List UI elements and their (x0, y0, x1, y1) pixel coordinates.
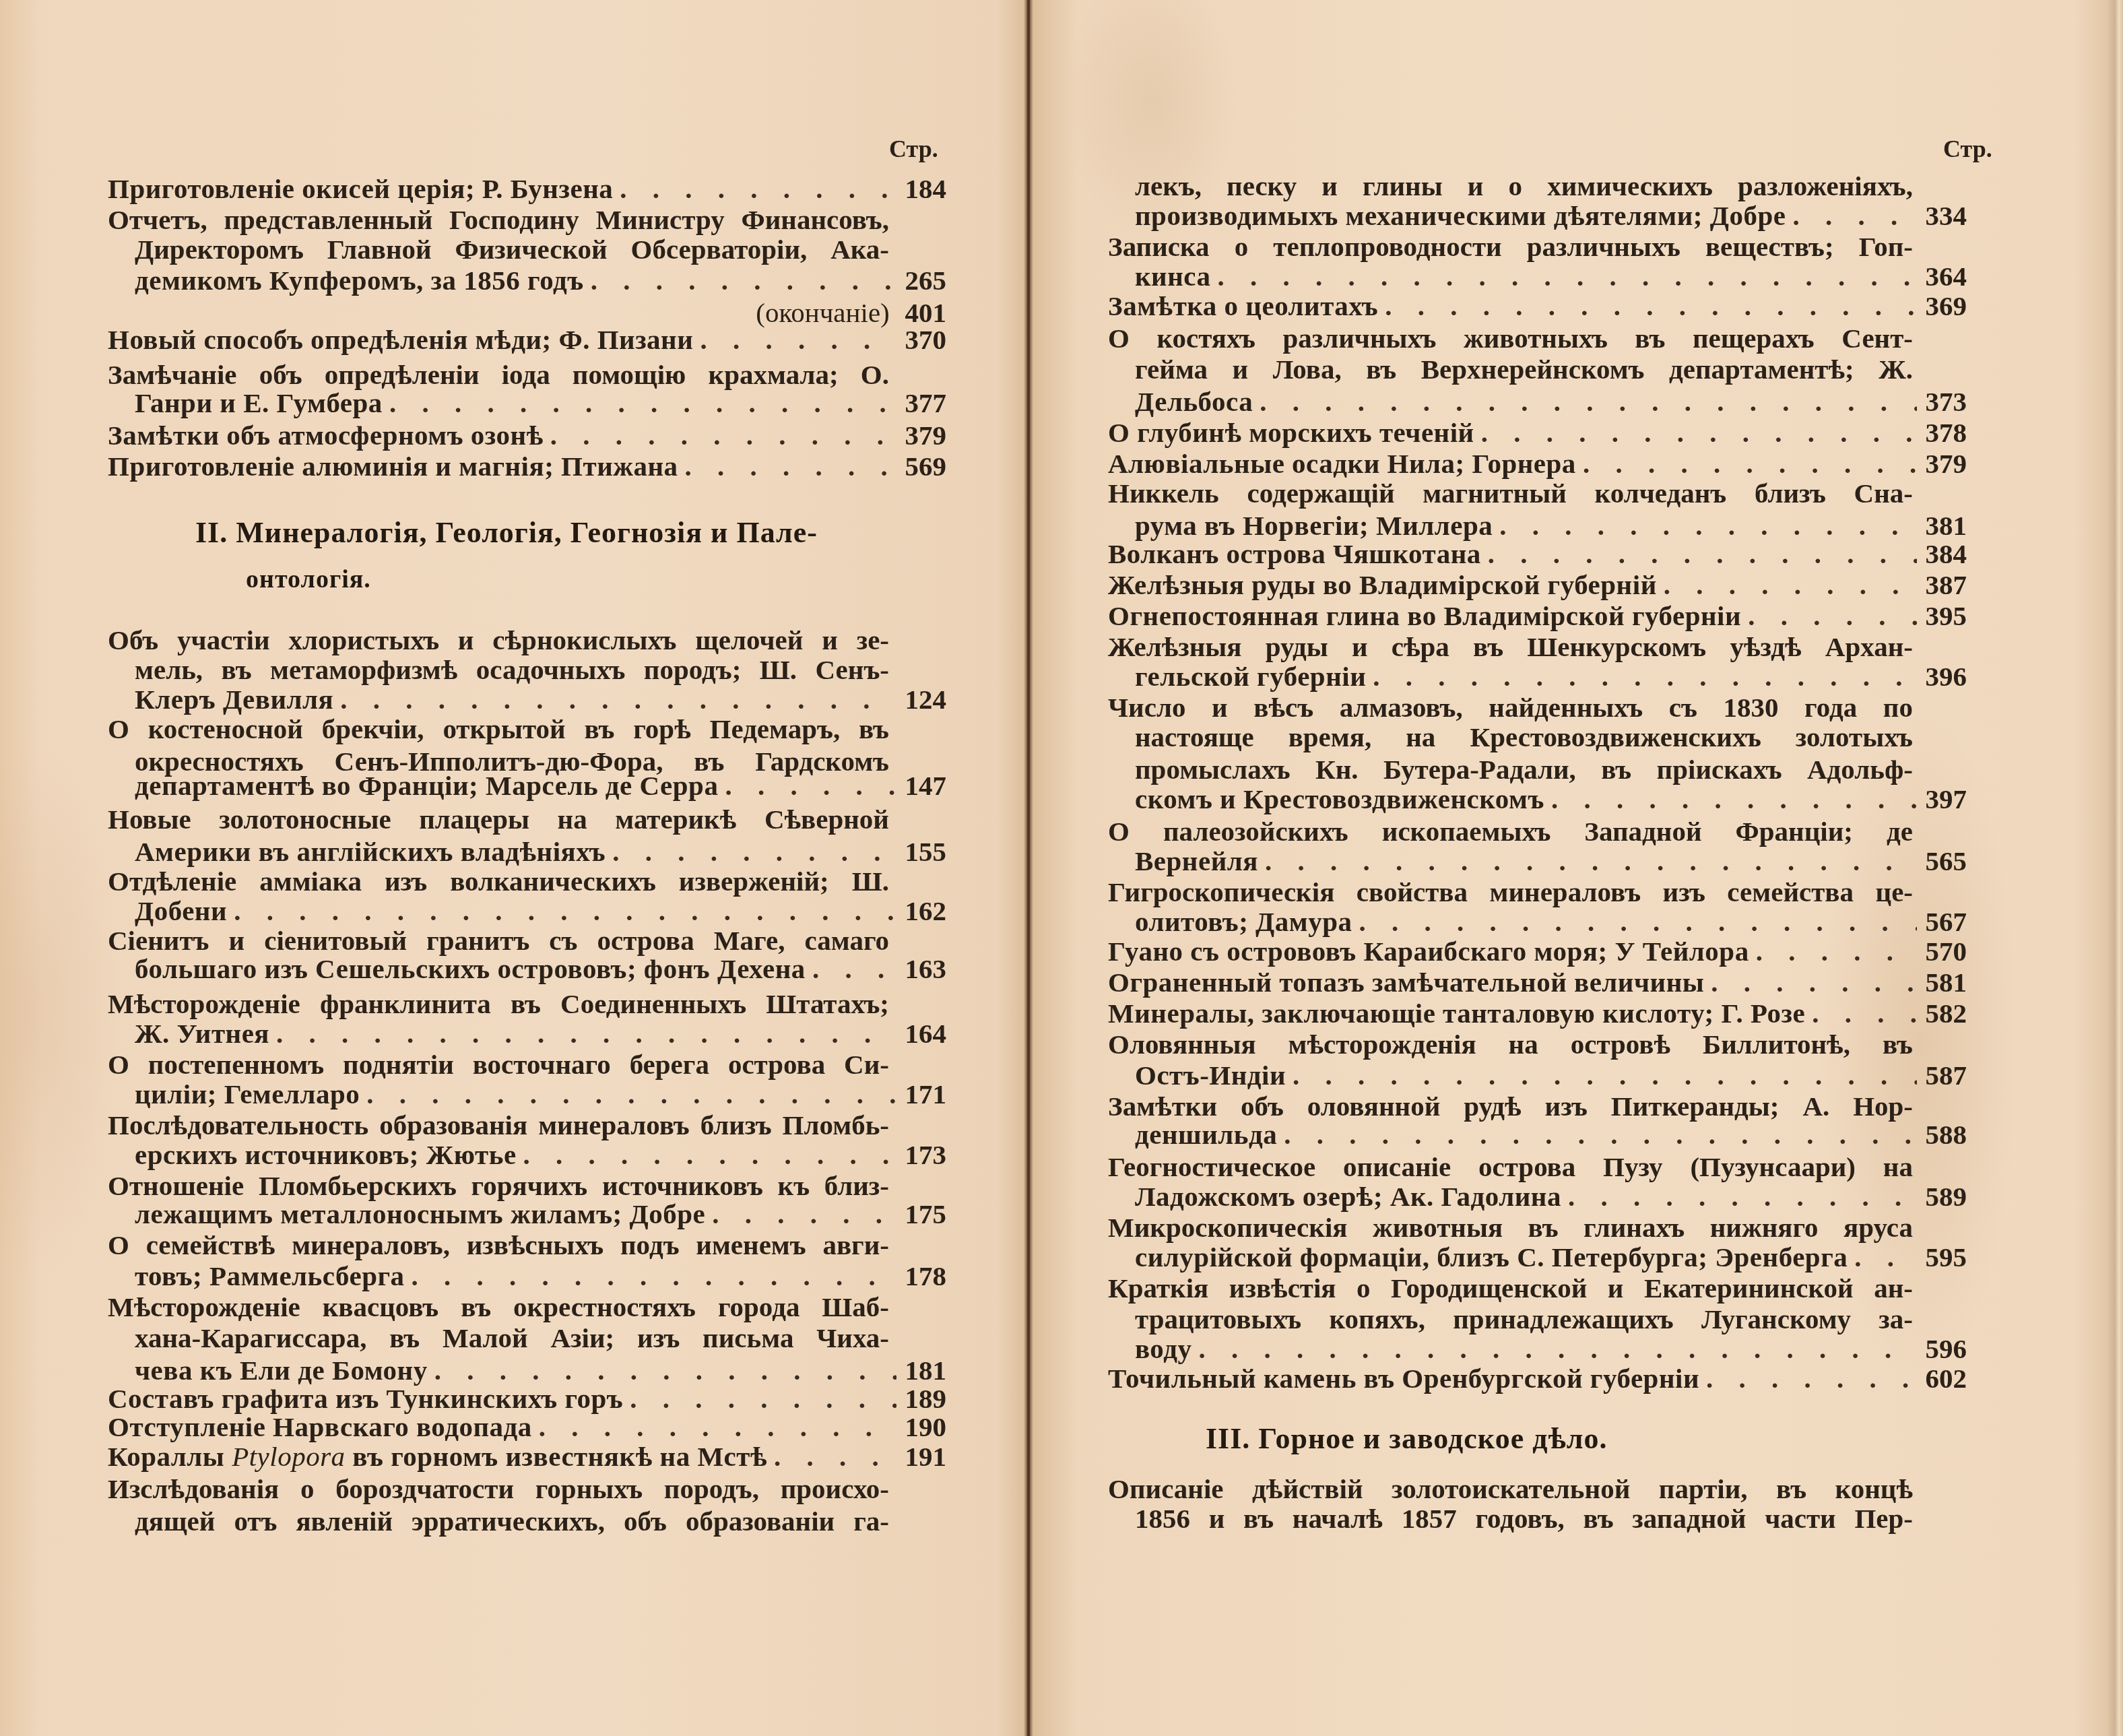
toc-line: Сіенитъ и сіенитовый гранитъ съ острова … (108, 924, 889, 957)
toc-line: дящей отъ явленій эрратическихъ, объ обр… (135, 1505, 889, 1537)
toc-line: трацитовыхъ копяхъ, принадлежащихъ Луган… (1135, 1303, 1913, 1335)
toc-line: Директоромъ Главной Физической Обсервато… (135, 233, 889, 265)
toc-entry-text: большаго изъ Сешельскихъ острововъ; фонъ… (135, 953, 806, 985)
toc-line: Кораллы Ptylopora въ горномъ известнякѣ … (108, 1440, 946, 1473)
page-number: 147 (896, 769, 946, 802)
page-number: 364 (1917, 260, 1967, 292)
toc-line: гейма и Лова, въ Верхнерейнскомъ департа… (1135, 353, 1913, 385)
page-number: 396 (1917, 660, 1967, 693)
toc-entry-text: товъ; Раммельсберга (135, 1260, 405, 1292)
toc-line: Мѣсторожденіе франклинита въ Соединенных… (108, 988, 889, 1020)
page-number: 582 (1917, 997, 1967, 1029)
toc-entry-text: Точильный камень въ Оренбургской губерні… (1108, 1362, 1699, 1394)
toc-line: Гигроскопическія свойства минераловъ изъ… (1108, 876, 1913, 908)
toc-entry-text: рума въ Норвегіи; Миллера (1135, 509, 1493, 542)
toc-line: Краткія извѣстія о Городищенской и Екате… (1108, 1272, 1913, 1304)
section-heading: III. Горное и заводское дѣло. (1206, 1421, 1608, 1456)
toc-entry-text: Гигроскопическія свойства минераловъ изъ… (1108, 876, 1913, 908)
toc-entry-text: Кораллы Ptylopora въ горномъ известнякѣ … (108, 1440, 767, 1473)
toc-entry-text: Описаніе дѣйствій золотоискательной парт… (1108, 1473, 1913, 1505)
page-number: 384 (1917, 538, 1967, 570)
toc-entry-text: Отчетъ, представленный Господину Министр… (108, 203, 889, 236)
toc-entry-text: Вернейля (1135, 845, 1258, 877)
toc-line: Новые золотоносные плацеры на материкѣ С… (108, 803, 889, 835)
toc-entry-text: Замѣтка о цеолитахъ (1108, 290, 1378, 322)
toc-entry-text: Америки въ англійскихъ владѣніяхъ (135, 835, 606, 868)
toc-entry-text: хана-Карагиссара, въ Малой Азіи; изъ пис… (135, 1322, 889, 1354)
page-number: 173 (896, 1138, 946, 1171)
dot-leader: . . . . . . . . . . . . . . . . . . . . … (360, 1078, 896, 1110)
toc-entry-text: воду (1135, 1332, 1191, 1365)
toc-line: департаментѣ во Франціи; Марсель де Серр… (135, 769, 946, 802)
toc-line: Никкель содержащій магнитный колчеданъ б… (1108, 477, 1913, 509)
toc-line: 1856 и въ началѣ 1857 годовъ, въ западно… (1135, 1502, 1913, 1535)
dot-leader: . . . . . . . . . . . . . . . . . . . . … (517, 1138, 896, 1171)
page-number: 567 (1917, 905, 1967, 938)
toc-line: Записка о теплопроводности различныхъ ве… (1108, 230, 1913, 263)
dot-leader: . . . . . . . . . . . . . . . . . . . . … (1576, 447, 1917, 480)
toc-line: производимыхъ механическими дѣятелями; Д… (1135, 199, 1967, 232)
page-number: 171 (896, 1078, 946, 1110)
dot-leader: . . . . . . . . . . . . . . . . . . . . … (1277, 1118, 1917, 1151)
book-gutter (1027, 0, 1030, 1736)
page-number: 588 (1917, 1118, 1967, 1151)
toc-entry-text: Замѣтки объ оловянной рудѣ изъ Питкеранд… (1108, 1090, 1913, 1122)
page-number: 378 (1917, 416, 1967, 449)
page-number: 377 (896, 387, 946, 419)
toc-entry-text: Изслѣдованія о бороздчатости горныхъ пор… (108, 1473, 889, 1505)
toc-line: Ограненный топазъ замѣчательной величины… (1108, 966, 1967, 998)
toc-line: лежащимъ металлоноснымъ жиламъ; Добре . … (135, 1198, 946, 1230)
toc-line: О палеозойскихъ ископаемыхъ Западной Фра… (1108, 815, 1913, 847)
dot-leader: . . . . . . . . . . . . . . . . . . . . … (1749, 935, 1917, 967)
toc-line: Описаніе дѣйствій золотоискательной парт… (1108, 1473, 1913, 1505)
toc-entry-text: Микроскопическія животныя въ глинахъ ниж… (1108, 1211, 1913, 1244)
page-number: 596 (1917, 1332, 1967, 1365)
toc-entry-text: кинса (1135, 260, 1211, 292)
toc-line: Отступленіе Нарвскаго водопада . . . . .… (108, 1411, 946, 1443)
toc-entry-text: деншильда (1135, 1118, 1277, 1151)
toc-line: Америки въ англійскихъ владѣніяхъ . . . … (135, 835, 946, 868)
toc-entry-text: Записка о теплопроводности различныхъ ве… (1108, 230, 1913, 263)
section-heading-continued: онтологія. (246, 565, 371, 594)
page-number: 191 (896, 1440, 946, 1473)
dot-leader: . . . . . . . . . . . . . . . . . . . . … (428, 1354, 896, 1386)
toc-entry-text: Алювіальные осадки Нила; Горнера (1108, 447, 1576, 480)
toc-entry-text: Директоромъ Главной Физической Обсервато… (135, 233, 889, 265)
toc-entry-text: Сіенитъ и сіенитовый гранитъ съ острова … (108, 924, 889, 957)
page-number: 589 (1917, 1180, 1967, 1213)
toc-line: Огнепостоянная глина во Владимірской губ… (1108, 600, 1967, 632)
dot-leader: . . . . . . . . . . . . . . . . . . . . … (1741, 600, 1917, 632)
toc-line: Вернейля . . . . . . . . . . . . . . . .… (1135, 845, 1967, 877)
dot-leader: . . . . . . . . . . . . . . . . . . . . … (1352, 905, 1917, 938)
page-number: 124 (896, 683, 946, 715)
toc-entry-text: Число и вѣсъ алмазовъ, найденныхъ съ 183… (1108, 691, 1913, 724)
left-page: Стр. Приготовленіе окисей церія; Р. Бунз… (0, 0, 1024, 1736)
toc-entry-text: лекъ, песку и глины и о химическихъ разл… (1135, 170, 1913, 202)
toc-line: силурійской формаціи, близъ С. Петербург… (1135, 1241, 1967, 1273)
dot-leader: . . . . . . . . . . . . . . . . . . . . … (623, 1382, 896, 1415)
toc-line: Гуано съ острововъ Караибскаго моря; У Т… (1108, 935, 1967, 967)
toc-line: воду . . . . . . . . . . . . . . . . . .… (1135, 1332, 1967, 1365)
toc-line: О костяхъ различныхъ животныхъ въ пещера… (1108, 322, 1913, 354)
page-number: 581 (1917, 966, 1967, 998)
page-number: 369 (1917, 290, 1967, 322)
dot-leader: . . . . . . . . . . . . . . . . . . . . … (1493, 509, 1917, 542)
dot-leader: . . . . . . . . . . . . . . . . . . . . … (1286, 1059, 1917, 1091)
dot-leader: . . . . . . . . . . . . . . . . . . . . … (1253, 385, 1917, 418)
latin-genus-name: Ptylopora (232, 1441, 345, 1472)
toc-entry-text: Ж. Уитнея (135, 1017, 269, 1050)
dot-leader: . . . . . . . . . . . . . . . . . . . . … (1481, 538, 1917, 570)
page-number: 178 (896, 1260, 946, 1292)
toc-entry-text: Мѣсторожденіе франклинита въ Соединенных… (108, 988, 889, 1020)
dot-leader: . . . . . . . . . . . . . . . . . . . . … (1258, 845, 1917, 877)
dot-leader: . . . . . . . . . . . . . . . . . . . . … (693, 323, 896, 356)
toc-entry-text: Краткія извѣстія о Городищенской и Екате… (1108, 1272, 1913, 1304)
toc-entry-text: промыслахъ Кн. Бутера-Радали, въ пріиска… (1135, 753, 1913, 785)
toc-entry-text: О костеносной брекчіи, открытой въ горѣ … (108, 713, 889, 745)
toc-line: О костеносной брекчіи, открытой въ горѣ … (108, 713, 889, 745)
page-number: 155 (896, 835, 946, 868)
dot-leader: . . . . . . . . . . . . . . . . . . . . … (705, 1198, 896, 1230)
toc-entry-text: олитовъ; Дамура (1135, 905, 1352, 938)
dot-leader: . . . . . . . . . . . . . . . . . . . . … (1805, 997, 1917, 1029)
toc-entry-text: производимыхъ механическими дѣятелями; Д… (1135, 199, 1786, 232)
toc-entry-text: Минералы, заключающіе танталовую кислоту… (1108, 997, 1805, 1029)
toc-line: Микроскопическія животныя въ глинахъ ниж… (1108, 1211, 1913, 1244)
dot-leader: . . . . . . . . . . . . . . . . . . . . … (584, 264, 896, 296)
toc-entry-text: Ганри и Е. Гумбера (135, 387, 383, 419)
toc-entry-text: Приготовленіе алюминія и магнія; Птижана (108, 450, 678, 482)
toc-line: О семействѣ минераловъ, извѣсныхъ подъ и… (108, 1229, 889, 1261)
toc-line: Число и вѣсъ алмазовъ, найденныхъ съ 183… (1108, 691, 1913, 724)
dot-leader: . . . . . . . . . . . . . . . . . . . . … (1657, 569, 1917, 601)
toc-entry-text: Никкель содержащій магнитный колчеданъ б… (1108, 477, 1913, 509)
toc-line: товъ; Раммельсберга . . . . . . . . . . … (135, 1260, 946, 1292)
toc-entry-text: О семействѣ минераловъ, извѣсныхъ подъ и… (108, 1229, 889, 1261)
dot-leader: . . . . . . . . . . . . . . . . . . . . … (1366, 660, 1917, 693)
toc-line: Новый способъ опредѣленія мѣди; Ф. Пизан… (108, 323, 946, 356)
toc-entry-text: Новые золотоносные плацеры на материкѣ С… (108, 803, 889, 835)
toc-entry-text: циліи; Гемелларо (135, 1078, 360, 1110)
toc-entry-text: Объ участіи хлористыхъ и сѣрнокислыхъ ще… (108, 624, 889, 656)
toc-line: мель, въ метаморфизмѣ осадочныхъ породъ;… (135, 653, 889, 686)
toc-entry-text: Желѣзныя руды во Владимірской губерній (1108, 569, 1657, 601)
page-number: 379 (1917, 447, 1967, 480)
toc-entry-text: Новый способъ опредѣленія мѣди; Ф. Пизан… (108, 323, 693, 356)
page-number: 265 (896, 264, 946, 296)
toc-line: Минералы, заключающіе танталовую кислоту… (1108, 997, 1967, 1029)
toc-line: Желѣзныя руды и сѣра въ Шенкурскомъ уѣзд… (1108, 631, 1913, 663)
page-number: 164 (896, 1017, 946, 1050)
page-column-label: Стр. (889, 135, 938, 163)
toc-entry-text: Послѣдовательность образованія минералов… (108, 1109, 889, 1141)
toc-line: хана-Карагиссара, въ Малой Азіи; изъ пис… (135, 1322, 889, 1354)
toc-line: ерскихъ источниковъ; Жютье . . . . . . .… (135, 1138, 946, 1171)
toc-entry-text: дящей отъ явленій эрратическихъ, объ обр… (135, 1505, 889, 1537)
page-number: 565 (1917, 845, 1967, 877)
page-number: 163 (896, 953, 946, 985)
toc-line: большаго изъ Сешельскихъ острововъ; фонъ… (135, 953, 946, 985)
page-number: 395 (1917, 600, 1967, 632)
toc-line: промыслахъ Кн. Бутера-Радали, въ пріиска… (1135, 753, 1913, 785)
toc-line: Желѣзныя руды во Владимірской губерній .… (1108, 569, 1967, 601)
toc-entry-text: Геогностическое описаніе острова Пузу (П… (1108, 1151, 1913, 1183)
toc-line: Объ участіи хлористыхъ и сѣрнокислыхъ ще… (108, 624, 889, 656)
dot-leader: . . . . . . . . . . . . . . . . . . . . … (806, 953, 896, 985)
page-number: 569 (896, 450, 946, 482)
dot-leader: . . . . . . . . . . . . . . . . . . . . … (1561, 1180, 1917, 1213)
toc-line: Изслѣдованія о бороздчатости горныхъ пор… (108, 1473, 889, 1505)
dot-leader: . . . . . . . . . . . . . . . . . . . . … (269, 1017, 896, 1050)
page-number: 570 (1917, 935, 1967, 967)
toc-entry-text: мель, въ метаморфизмѣ осадочныхъ породъ;… (135, 653, 889, 686)
toc-line: рума въ Норвегіи; Миллера . . . . . . . … (1135, 509, 1967, 542)
toc-line: настояще время, на Крестовоздвиженскихъ … (1135, 721, 1913, 753)
dot-leader: . . . . . . . . . . . . . . . . . . . . … (606, 835, 896, 868)
toc-line: Волканъ острова Чяшкотана . . . . . . . … (1108, 538, 1967, 570)
toc-line: Ладожскомъ озерѣ; Ак. Гадолина . . . . .… (1135, 1180, 1967, 1213)
toc-entry-text: Гуано съ острововъ Караибскаго моря; У Т… (1108, 935, 1749, 967)
toc-line: Оловянныя мѣсторожденія на островѣ Билли… (1108, 1028, 1913, 1060)
toc-entry-text: ерскихъ источниковъ; Жютье (135, 1138, 517, 1171)
toc-entry-text: Отдѣленіе аммiака изъ волканическихъ изв… (108, 865, 889, 897)
toc-line: Приготовленіе окисей церія; Р. Бунзена .… (108, 172, 946, 205)
toc-entry-text: трацитовыхъ копяхъ, принадлежащихъ Луган… (1135, 1303, 1913, 1335)
toc-entry-text: гельской губерніи (1135, 660, 1366, 693)
toc-line: гельской губерніи . . . . . . . . . . . … (1135, 660, 1967, 693)
page-number: 175 (896, 1198, 946, 1230)
dot-leader: . . . . . . . . . . . . . . . . . . . . … (1848, 1241, 1917, 1273)
toc-entry-text: Мѣсторожденіе квасцовъ въ окрестностяхъ … (108, 1291, 889, 1323)
toc-line: Клеръ Девилля . . . . . . . . . . . . . … (135, 683, 946, 715)
toc-line: Точильный камень въ Оренбургской губерні… (1108, 1362, 1967, 1394)
dot-leader: . . . . . . . . . . . . . . . . . . . . … (383, 387, 896, 419)
toc-line: Составъ графита изъ Тункинскихъ горъ . .… (108, 1382, 946, 1415)
page-number: 189 (896, 1382, 946, 1415)
toc-entry-text: Оловянныя мѣсторожденія на островѣ Билли… (1108, 1028, 1913, 1060)
page-column-label: Стр. (1943, 135, 1992, 163)
page-number: 397 (1917, 783, 1967, 815)
toc-line: циліи; Гемелларо . . . . . . . . . . . .… (135, 1078, 946, 1110)
toc-entry-text: 1856 и въ началѣ 1857 годовъ, въ западно… (1135, 1502, 1913, 1535)
page-number: 190 (896, 1411, 946, 1443)
page-number: 387 (1917, 569, 1967, 601)
toc-line: Замѣтки объ атмосферномъ озонѣ . . . . .… (108, 419, 946, 451)
dot-leader: . . . . . . . . . . . . . . . . . . . . … (1704, 966, 1917, 998)
toc-entry-text: Добени (135, 895, 227, 927)
page-number: 381 (1917, 509, 1967, 542)
toc-entry-text: скомъ и Крестовоздвиженскомъ (1135, 783, 1544, 815)
dot-leader: . . . . . . . . . . . . . . . . . . . . … (1544, 783, 1917, 815)
toc-line: Мѣсторожденіе квасцовъ въ окрестностяхъ … (108, 1291, 889, 1323)
page-number: 602 (1917, 1362, 1967, 1394)
toc-entry-text: О костяхъ различныхъ животныхъ въ пещера… (1108, 322, 1913, 354)
toc-line: Геогностическое описаніе острова Пузу (П… (1108, 1151, 1913, 1183)
page-number: 595 (1917, 1241, 1967, 1273)
dot-leader: . . . . . . . . . . . . . . . . . . . . … (718, 769, 896, 802)
toc-entry-text: настояще время, на Крестовоздвиженскихъ … (1135, 721, 1913, 753)
right-page: Стр. лекъ, песку и глины и о химическихъ… (1031, 0, 2123, 1736)
dot-leader: . . . . . . . . . . . . . . . . . . . . … (678, 450, 896, 482)
toc-entry-text: Желѣзныя руды и сѣра въ Шенкурскомъ уѣзд… (1108, 631, 1913, 663)
toc-line: демикомъ Купферомъ, за 1856 годъ . . . .… (135, 264, 946, 296)
dot-leader: . . . . . . . . . . . . . . . . . . . . … (1191, 1332, 1917, 1365)
page-number: 162 (896, 895, 946, 927)
toc-line: Ж. Уитнея . . . . . . . . . . . . . . . … (135, 1017, 946, 1050)
page-number: 184 (896, 172, 946, 205)
toc-entry-text: О глубинѣ морскихъ теченій (1108, 416, 1474, 449)
toc-entry-text: лежащимъ металлоноснымъ жиламъ; Добре (135, 1198, 705, 1230)
toc-entry-text: Отступленіе Нарвскаго водопада (108, 1411, 532, 1443)
toc-entry-text: силурійской формаціи, близъ С. Петербург… (1135, 1241, 1848, 1273)
toc-line: Отчетъ, представленный Господину Министр… (108, 203, 889, 236)
toc-entry-text: Ограненный топазъ замѣчательной величины (1108, 966, 1704, 998)
page-number: 181 (896, 1354, 946, 1386)
toc-line: лекъ, песку и глины и о химическихъ разл… (1135, 170, 1913, 202)
toc-entry-text: Составъ графита изъ Тункинскихъ горъ (108, 1382, 623, 1415)
toc-line: Ганри и Е. Гумбера . . . . . . . . . . .… (135, 387, 946, 419)
toc-line: Приготовленіе алюминія и магнія; Птижана… (108, 450, 946, 482)
toc-line: деншильда . . . . . . . . . . . . . . . … (1135, 1118, 1967, 1151)
dot-leader: . . . . . . . . . . . . . . . . . . . . … (767, 1440, 896, 1473)
dot-leader: . . . . . . . . . . . . . . . . . . . . … (1699, 1362, 1917, 1394)
toc-entry-text: Клеръ Девилля (135, 683, 333, 715)
toc-line: О глубинѣ морскихъ теченій . . . . . . .… (1108, 416, 1967, 449)
toc-entry-text: О палеозойскихъ ископаемыхъ Западной Фра… (1108, 815, 1913, 847)
toc-entry-text: гейма и Лова, въ Верхнерейнскомъ департа… (1135, 353, 1913, 385)
toc-entry-text: Волканъ острова Чяшкотана (1108, 538, 1481, 570)
page-number: 587 (1917, 1059, 1967, 1091)
toc-line: Алювіальные осадки Нила; Горнера . . . .… (1108, 447, 1967, 480)
toc-entry-text: чева къ Ели де Бомону (135, 1354, 428, 1386)
page-number: 370 (896, 323, 946, 356)
toc-line: Замѣчаніе объ опредѣленіи іода помощію к… (108, 358, 889, 391)
toc-line: Замѣтки объ оловянной рудѣ изъ Питкеранд… (1108, 1090, 1913, 1122)
toc-line: Дельбоса . . . . . . . . . . . . . . . .… (1135, 385, 1967, 418)
toc-entry-text: Замѣчаніе объ опредѣленіи іода помощію к… (108, 358, 889, 391)
toc-entry-text: Отношеніе Пломбьерскихъ горячихъ источни… (108, 1169, 889, 1202)
toc-line: Отдѣленіе аммiака изъ волканическихъ изв… (108, 865, 889, 897)
dot-leader: . . . . . . . . . . . . . . . . . . . . … (333, 683, 896, 715)
toc-line: Добени . . . . . . . . . . . . . . . . .… (135, 895, 946, 927)
dot-leader: . . . . . . . . . . . . . . . . . . . . … (1786, 199, 1917, 232)
page-number: 379 (896, 419, 946, 451)
toc-line: скомъ и Крестовоздвиженскомъ . . . . . .… (1135, 783, 1967, 815)
dot-leader: . . . . . . . . . . . . . . . . . . . . … (532, 1411, 896, 1443)
toc-entry-text: Огнепостоянная глина во Владимірской губ… (1108, 600, 1741, 632)
page-number: 373 (1917, 385, 1967, 418)
dot-leader: . . . . . . . . . . . . . . . . . . . . … (227, 895, 896, 927)
toc-line: кинса . . . . . . . . . . . . . . . . . … (1135, 260, 1967, 292)
page-number: 334 (1917, 199, 1967, 232)
toc-line: Послѣдовательность образованія минералов… (108, 1109, 889, 1141)
section-heading: II. Минералогія, Геологія, Геогнозія и П… (195, 515, 818, 550)
dot-leader: . . . . . . . . . . . . . . . . . . . . … (544, 419, 896, 451)
toc-line: Остъ-Индіи . . . . . . . . . . . . . . .… (1135, 1059, 1967, 1091)
toc-entry-text: Ладожскомъ озерѣ; Ак. Гадолина (1135, 1180, 1561, 1213)
toc-entry-text: Дельбоса (1135, 385, 1253, 418)
toc-line: Замѣтка о цеолитахъ . . . . . . . . . . … (1108, 290, 1967, 322)
toc-entry-text: Приготовленіе окисей церія; Р. Бунзена (108, 172, 613, 205)
toc-line: Отношеніе Пломбьерскихъ горячихъ источни… (108, 1169, 889, 1202)
dot-leader: . . . . . . . . . . . . . . . . . . . . … (1378, 290, 1917, 322)
toc-entry-text: Остъ-Индіи (1135, 1059, 1286, 1091)
toc-line: чева къ Ели де Бомону . . . . . . . . . … (135, 1354, 946, 1386)
toc-entry-text: Замѣтки объ атмосферномъ озонѣ (108, 419, 544, 451)
toc-line: олитовъ; Дамура . . . . . . . . . . . . … (1135, 905, 1967, 938)
dot-leader: . . . . . . . . . . . . . . . . . . . . … (613, 172, 896, 205)
toc-entry-text: О постепенномъ поднятіи восточнаго берег… (108, 1048, 889, 1081)
dot-leader: . . . . . . . . . . . . . . . . . . . . … (405, 1260, 896, 1292)
dot-leader: . . . . . . . . . . . . . . . . . . . . … (1211, 260, 1917, 292)
toc-line: О постепенномъ поднятіи восточнаго берег… (108, 1048, 889, 1081)
toc-entry-text: департаментѣ во Франціи; Марсель де Серр… (135, 769, 718, 802)
toc-entry-text: демикомъ Купферомъ, за 1856 годъ (135, 264, 584, 296)
dot-leader: . . . . . . . . . . . . . . . . . . . . … (1474, 416, 1917, 449)
